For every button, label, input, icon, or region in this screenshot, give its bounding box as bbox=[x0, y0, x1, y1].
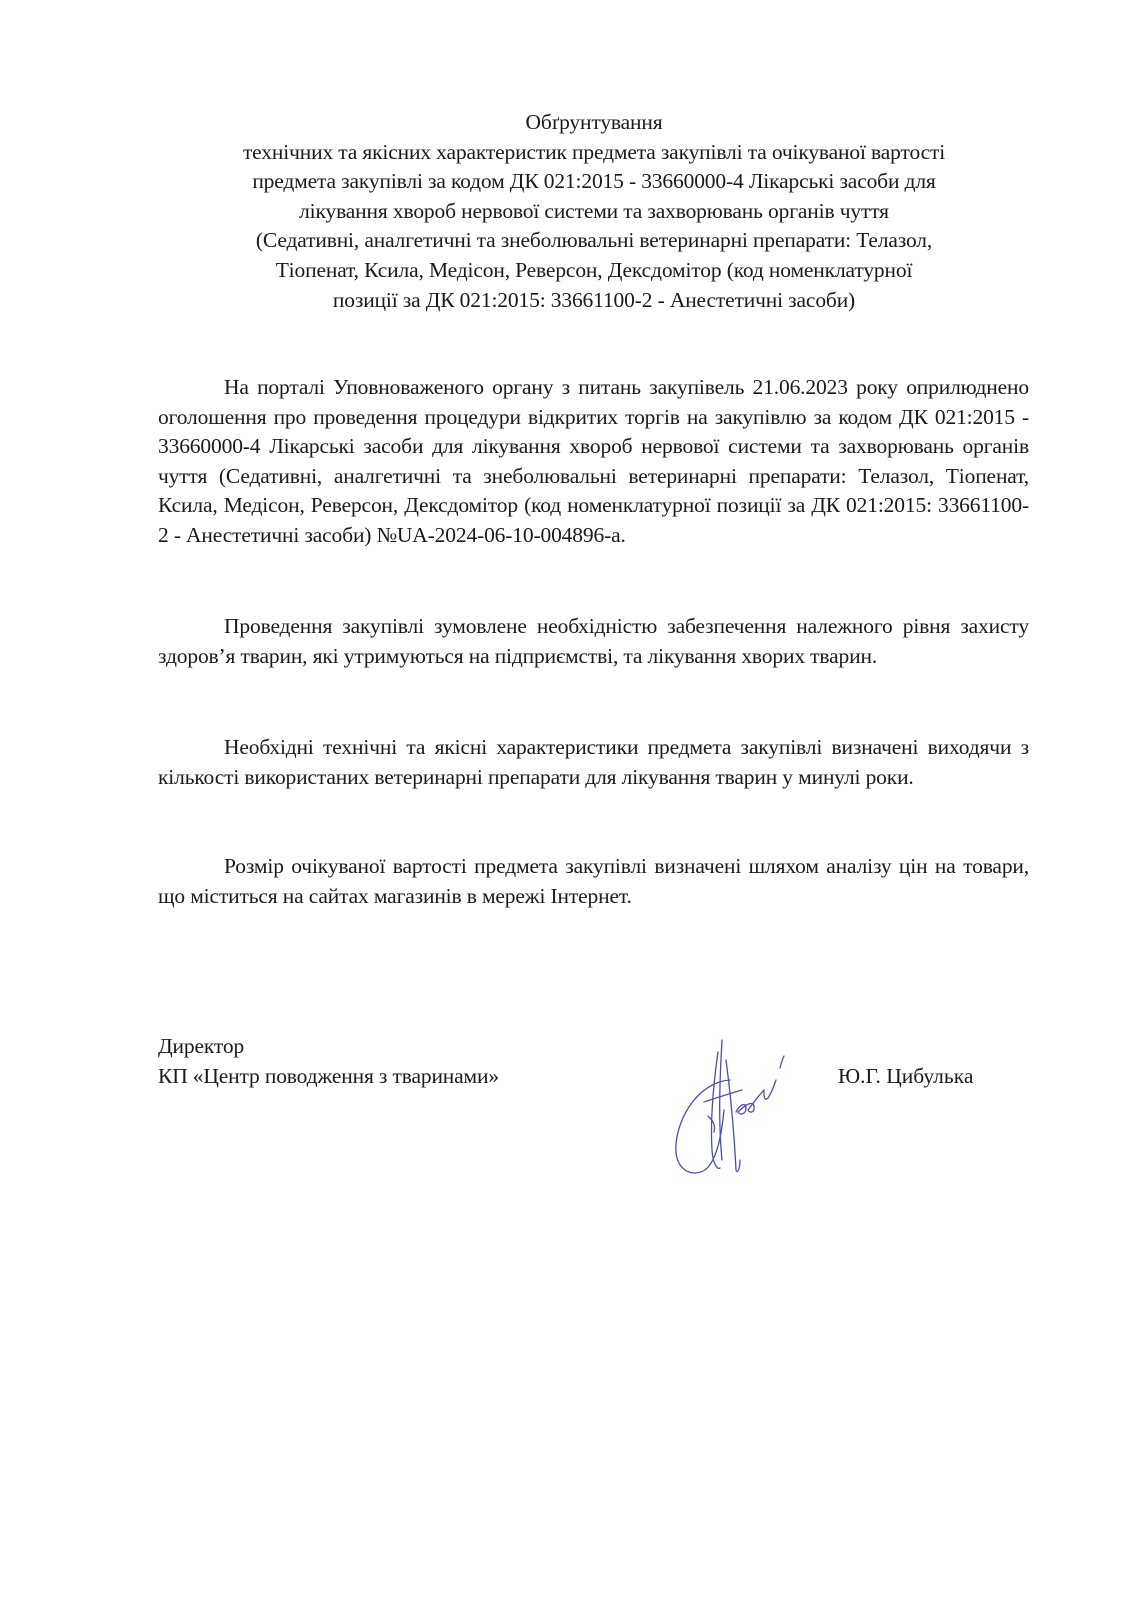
paragraph-characteristics: Необхідні технічні та якісні характерист… bbox=[158, 733, 1029, 792]
paragraph-purpose: Проведення закупівлі зумовлене необхідні… bbox=[158, 612, 1029, 671]
title-line: (Седативні, аналгетичні та знеболювальні… bbox=[150, 226, 1038, 256]
title-line: лікування хвороб нервової системи та зах… bbox=[150, 197, 1038, 227]
handwritten-signature-icon bbox=[660, 1020, 820, 1180]
signatory-position: Директор bbox=[158, 1032, 1018, 1062]
title-line: позиції за ДК 021:2015: 33661100-2 - Ане… bbox=[150, 286, 1038, 316]
signatory-name: Ю.Г. Цибулька bbox=[838, 1062, 973, 1092]
title-line: технічних та якісних характеристик предм… bbox=[150, 138, 1038, 168]
paragraph-announcement: На порталі Уповноваженого органу з питан… bbox=[158, 373, 1029, 551]
title-line: предмета закупівлі за кодом ДК 021:2015 … bbox=[150, 167, 1038, 197]
document-page: Обґрунтування технічних та якісних харак… bbox=[0, 0, 1131, 1600]
document-title: Обґрунтування технічних та якісних харак… bbox=[150, 108, 1038, 315]
title-line: Тіопенат, Ксила, Медісон, Реверсон, Декс… bbox=[150, 256, 1038, 286]
title-line: Обґрунтування bbox=[150, 108, 1038, 138]
paragraph-expected-cost: Розмір очікуваної вартості предмета заку… bbox=[158, 852, 1029, 911]
